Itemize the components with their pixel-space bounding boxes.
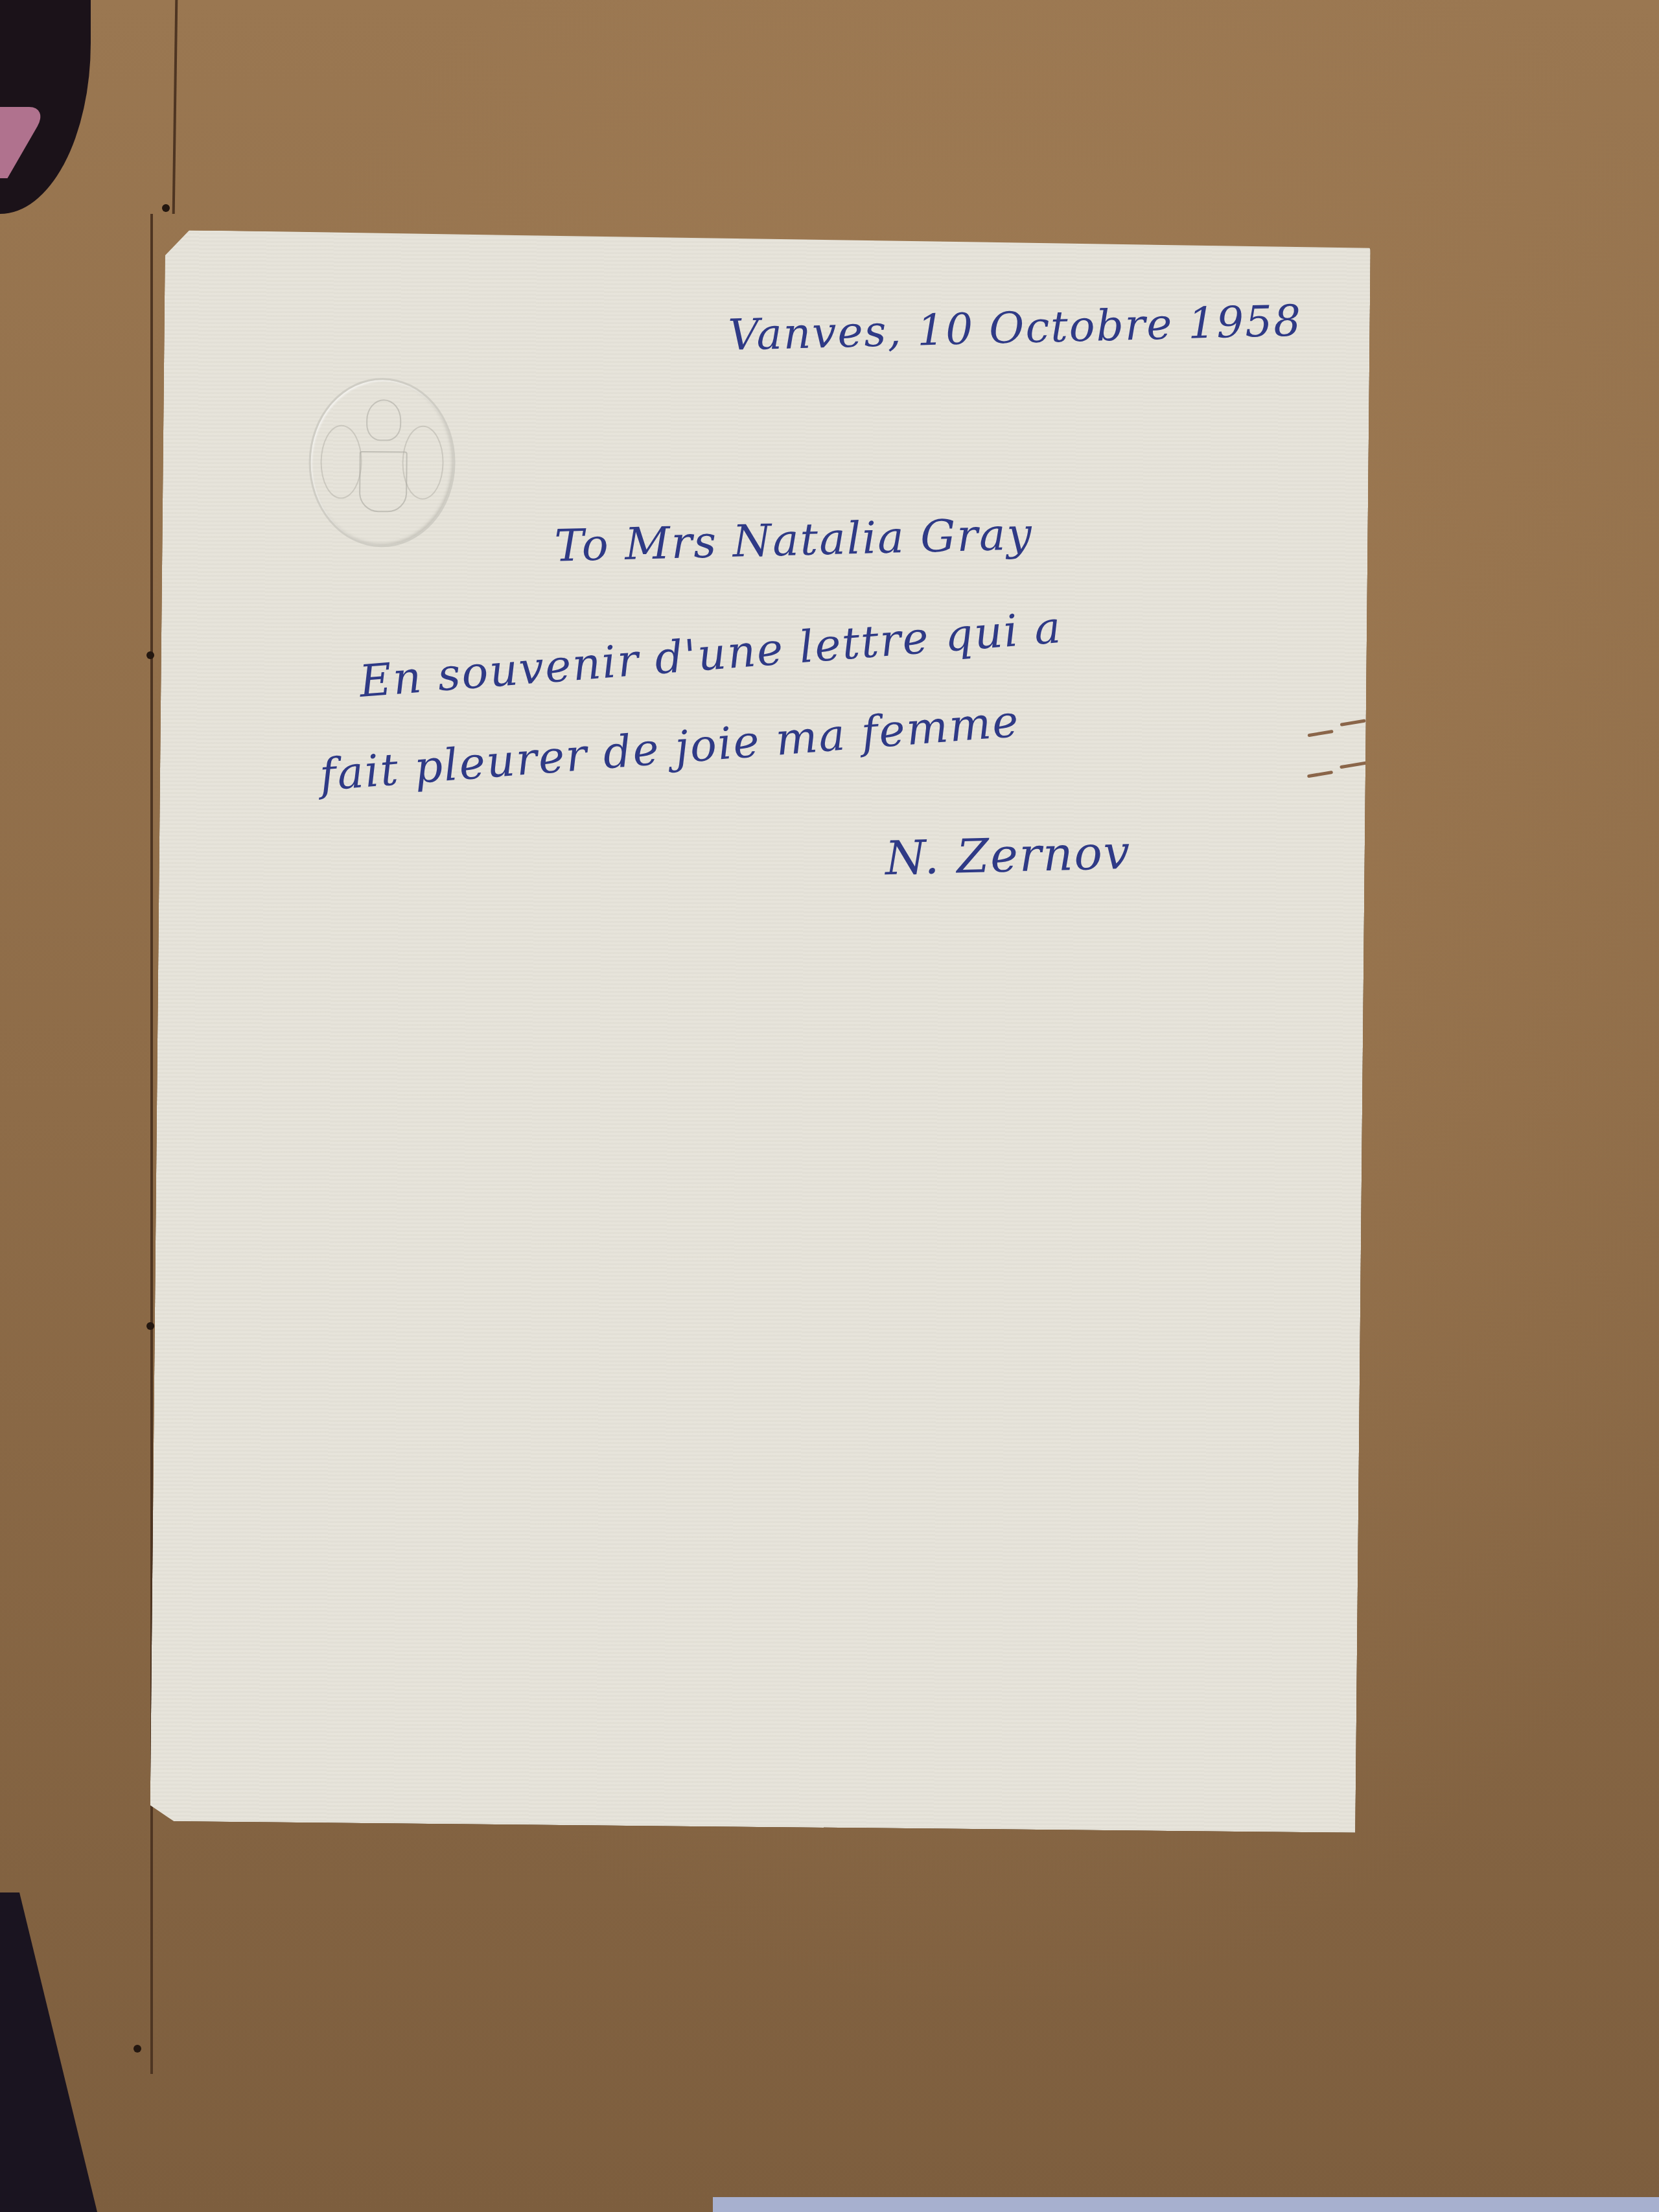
letter-sheet: Vanves, 10 Octobre 1958 To Mrs Natalia G…: [150, 230, 1370, 1833]
seal-mantling-left: [320, 425, 362, 499]
binding-stitch-hole: [133, 2045, 141, 2053]
salutation: To Mrs Natalia Gray: [554, 509, 1034, 572]
embossed-seal-icon: [308, 377, 456, 548]
paper-scratch-mark: [1307, 771, 1333, 778]
place-and-date: Vanves, 10 Octobre 1958: [728, 296, 1303, 360]
seal-crest: [366, 399, 402, 441]
blue-surface-edge: [713, 2197, 1659, 2212]
body-line-2: fait pleurer de joie ma femme: [318, 696, 1021, 802]
seal-shield-icon: [359, 451, 408, 513]
binding-stitch-hole: [162, 204, 170, 212]
paper-scratch-mark: [1307, 730, 1333, 737]
body-line-1: En souvenir d'une lettre qui a: [358, 602, 1064, 708]
paper-scratch-mark: [1340, 761, 1369, 769]
signature: N. Zernov: [885, 825, 1132, 886]
seal-mantling-right: [402, 426, 444, 500]
binding-stitch-hole: [146, 1322, 154, 1330]
binding-stitch-hole: [146, 651, 154, 659]
paper-scratch-mark: [1340, 719, 1366, 726]
